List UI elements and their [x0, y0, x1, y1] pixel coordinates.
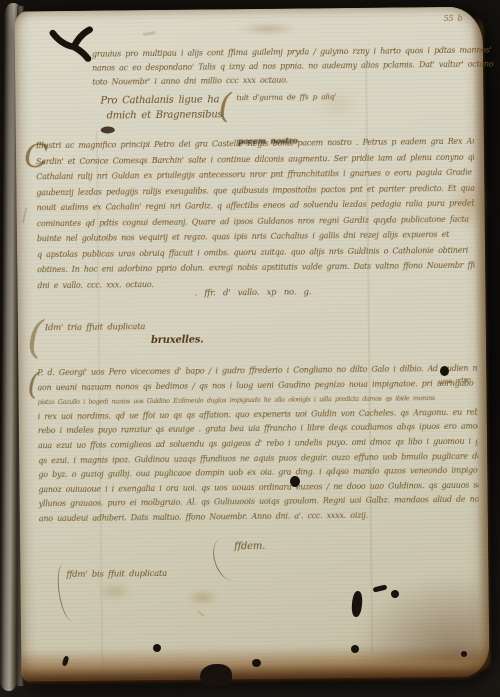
- ink-dot: [351, 645, 359, 653]
- overwritten-words: pacem nostro: [238, 136, 298, 147]
- ink-dot: [153, 644, 161, 652]
- corner-shading: [350, 573, 481, 664]
- stray-mark: [143, 31, 156, 36]
- ink-dot: [252, 659, 261, 667]
- ink-dot: [290, 476, 300, 487]
- ink-blob: [200, 664, 232, 687]
- photo-backdrop: 55 b grauius pro multipau i alijs cont f…: [0, 0, 500, 697]
- chancery-subscription: ffdem.: [234, 541, 265, 552]
- place-note: bruxelles.: [151, 335, 204, 347]
- annotation-bracket: (: [27, 312, 45, 363]
- ink-dot: [440, 366, 449, 376]
- folio-number: 55 b: [444, 14, 463, 23]
- ink-squiggle: [101, 126, 115, 133]
- rubric-heading-line1: Pro Cathalanis ligue ha: [100, 94, 219, 106]
- heading-bracket: (: [218, 86, 232, 126]
- stray-mark: [197, 610, 204, 617]
- ink-dot: [461, 651, 467, 657]
- duplicata-annotation: ffdm' bis ffuit duplicata: [66, 569, 167, 580]
- edge-stain: [237, 22, 299, 35]
- manuscript-page: 55 b grauius pro multipau i alijs cont f…: [15, 7, 490, 682]
- heading-side-note: tult d'gurma de ffs p aliq': [236, 92, 336, 102]
- margin-tick: [22, 207, 28, 223]
- manuscript-line: toto Nouembr' i anno dni millio ccc xxx …: [92, 71, 493, 89]
- ink-blot-y: [49, 26, 97, 63]
- duplicata-annotation: Idm' tria ffuit duplicata: [45, 322, 145, 333]
- rubric-heading-line2: dmich et Bragnensibus: [107, 109, 223, 121]
- chancery-subscription: . ffr. d' vallo. xp no. g.: [194, 287, 311, 298]
- foxing-stain: [187, 589, 219, 605]
- ink-dot: [391, 590, 399, 598]
